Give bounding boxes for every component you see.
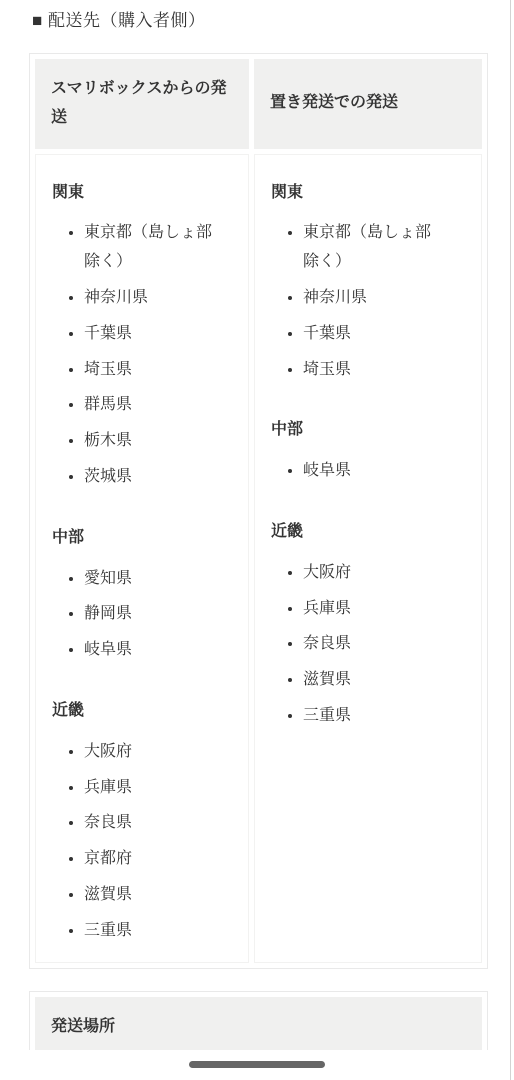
prefecture-label: 大阪府 bbox=[84, 743, 132, 760]
list-item: 奈良県 bbox=[84, 809, 232, 838]
prefecture-list: 岐阜県 bbox=[271, 457, 465, 486]
prefecture-label: 三重県 bbox=[84, 922, 132, 939]
prefecture-label: 千葉県 bbox=[84, 325, 132, 342]
region-heading-chubu: 中部 bbox=[52, 524, 232, 553]
prefecture-label: 大阪府 bbox=[303, 564, 351, 581]
list-item: 千葉県 bbox=[303, 320, 465, 349]
list-item: 静岡県 bbox=[84, 600, 232, 629]
bottom-safe-area-bar bbox=[0, 1050, 514, 1080]
prefecture-label: 岐阜県 bbox=[303, 462, 351, 479]
list-item: 愛知県 bbox=[84, 565, 232, 594]
list-item: 埼玉県 bbox=[303, 356, 465, 385]
column-header-oki-hassou: 置き発送での発送 bbox=[254, 59, 482, 149]
list-item: 東京都（島しょ部除く） bbox=[303, 219, 465, 277]
prefecture-label: 東京都（島しょ部除く） bbox=[84, 219, 216, 277]
list-item: 群馬県 bbox=[84, 391, 232, 420]
list-item: 大阪府 bbox=[84, 738, 232, 767]
region-heading-kanto: 関東 bbox=[52, 179, 232, 208]
list-item: 京都府 bbox=[84, 845, 232, 874]
region-heading-kinki: 近畿 bbox=[271, 518, 465, 547]
smari-box-cell: 関東 東京都（島しょ部除く） 神奈川県 千葉県 埼玉県 群馬県 栃木県 茨城県 … bbox=[35, 154, 249, 963]
list-item: 神奈川県 bbox=[303, 284, 465, 313]
region-heading-kanto: 関東 bbox=[271, 179, 465, 208]
list-item: 三重県 bbox=[303, 702, 465, 731]
prefecture-label: 静岡県 bbox=[84, 605, 132, 622]
list-item: 奈良県 bbox=[303, 630, 465, 659]
prefecture-label: 神奈川県 bbox=[84, 289, 148, 306]
prefecture-label: 兵庫県 bbox=[84, 779, 132, 796]
prefecture-list: 大阪府 兵庫県 奈良県 滋賀県 三重県 bbox=[271, 559, 465, 731]
prefecture-label: 奈良県 bbox=[303, 635, 351, 652]
column-header-shipping-location: 発送場所 bbox=[35, 997, 482, 1058]
prefecture-label: 滋賀県 bbox=[303, 671, 351, 688]
prefecture-list: 大阪府 兵庫県 奈良県 京都府 滋賀県 三重県 bbox=[52, 738, 232, 946]
prefecture-label: 奈良県 bbox=[84, 814, 132, 831]
prefecture-label: 愛知県 bbox=[84, 570, 132, 587]
prefecture-label: 神奈川県 bbox=[303, 289, 367, 306]
prefecture-label: 栃木県 bbox=[84, 432, 132, 449]
prefecture-label: 京都府 bbox=[84, 850, 132, 867]
list-item: 東京都（島しょ部除く） bbox=[84, 219, 232, 277]
prefecture-label: 茨城県 bbox=[84, 468, 132, 485]
list-item: 滋賀県 bbox=[84, 881, 232, 910]
list-item: 三重県 bbox=[84, 917, 232, 946]
home-indicator[interactable] bbox=[189, 1061, 325, 1068]
prefecture-list: 愛知県 静岡県 岐阜県 bbox=[52, 565, 232, 665]
prefecture-label: 滋賀県 bbox=[84, 886, 132, 903]
prefecture-list: 東京都（島しょ部除く） 神奈川県 千葉県 埼玉県 bbox=[271, 219, 465, 384]
prefecture-label: 三重県 bbox=[303, 707, 351, 724]
delivery-destination-table: スマリボックスからの発送 置き発送での発送 関東 東京都（島しょ部除く） 神奈川… bbox=[29, 53, 488, 969]
list-item: 滋賀県 bbox=[303, 666, 465, 695]
list-item: 栃木県 bbox=[84, 427, 232, 456]
oki-hassou-cell: 関東 東京都（島しょ部除く） 神奈川県 千葉県 埼玉県 中部 岐阜県 近畿 大阪… bbox=[254, 154, 482, 963]
list-item: 兵庫県 bbox=[84, 774, 232, 803]
prefecture-label: 埼玉県 bbox=[303, 361, 351, 378]
region-heading-kinki: 近畿 bbox=[52, 697, 232, 726]
prefecture-list: 東京都（島しょ部除く） 神奈川県 千葉県 埼玉県 群馬県 栃木県 茨城県 bbox=[52, 219, 232, 491]
page-title: ■ 配送先（購入者側） bbox=[32, 8, 514, 33]
prefecture-label: 埼玉県 bbox=[84, 361, 132, 378]
prefecture-label: 千葉県 bbox=[303, 325, 351, 342]
column-header-smari-box: スマリボックスからの発送 bbox=[35, 59, 249, 149]
list-item: 神奈川県 bbox=[84, 284, 232, 313]
list-item: 兵庫県 bbox=[303, 595, 465, 624]
list-item: 大阪府 bbox=[303, 559, 465, 588]
prefecture-label: 群馬県 bbox=[84, 396, 132, 413]
prefecture-label: 東京都（島しょ部除く） bbox=[303, 219, 435, 277]
list-item: 千葉県 bbox=[84, 320, 232, 349]
screen-edge-line bbox=[510, 0, 511, 1080]
list-item: 埼玉県 bbox=[84, 356, 232, 385]
region-heading-chubu: 中部 bbox=[271, 416, 465, 445]
prefecture-label: 兵庫県 bbox=[303, 600, 351, 617]
prefecture-label: 岐阜県 bbox=[84, 641, 132, 658]
list-item: 茨城県 bbox=[84, 463, 232, 492]
list-item: 岐阜県 bbox=[303, 457, 465, 486]
list-item: 岐阜県 bbox=[84, 636, 232, 665]
